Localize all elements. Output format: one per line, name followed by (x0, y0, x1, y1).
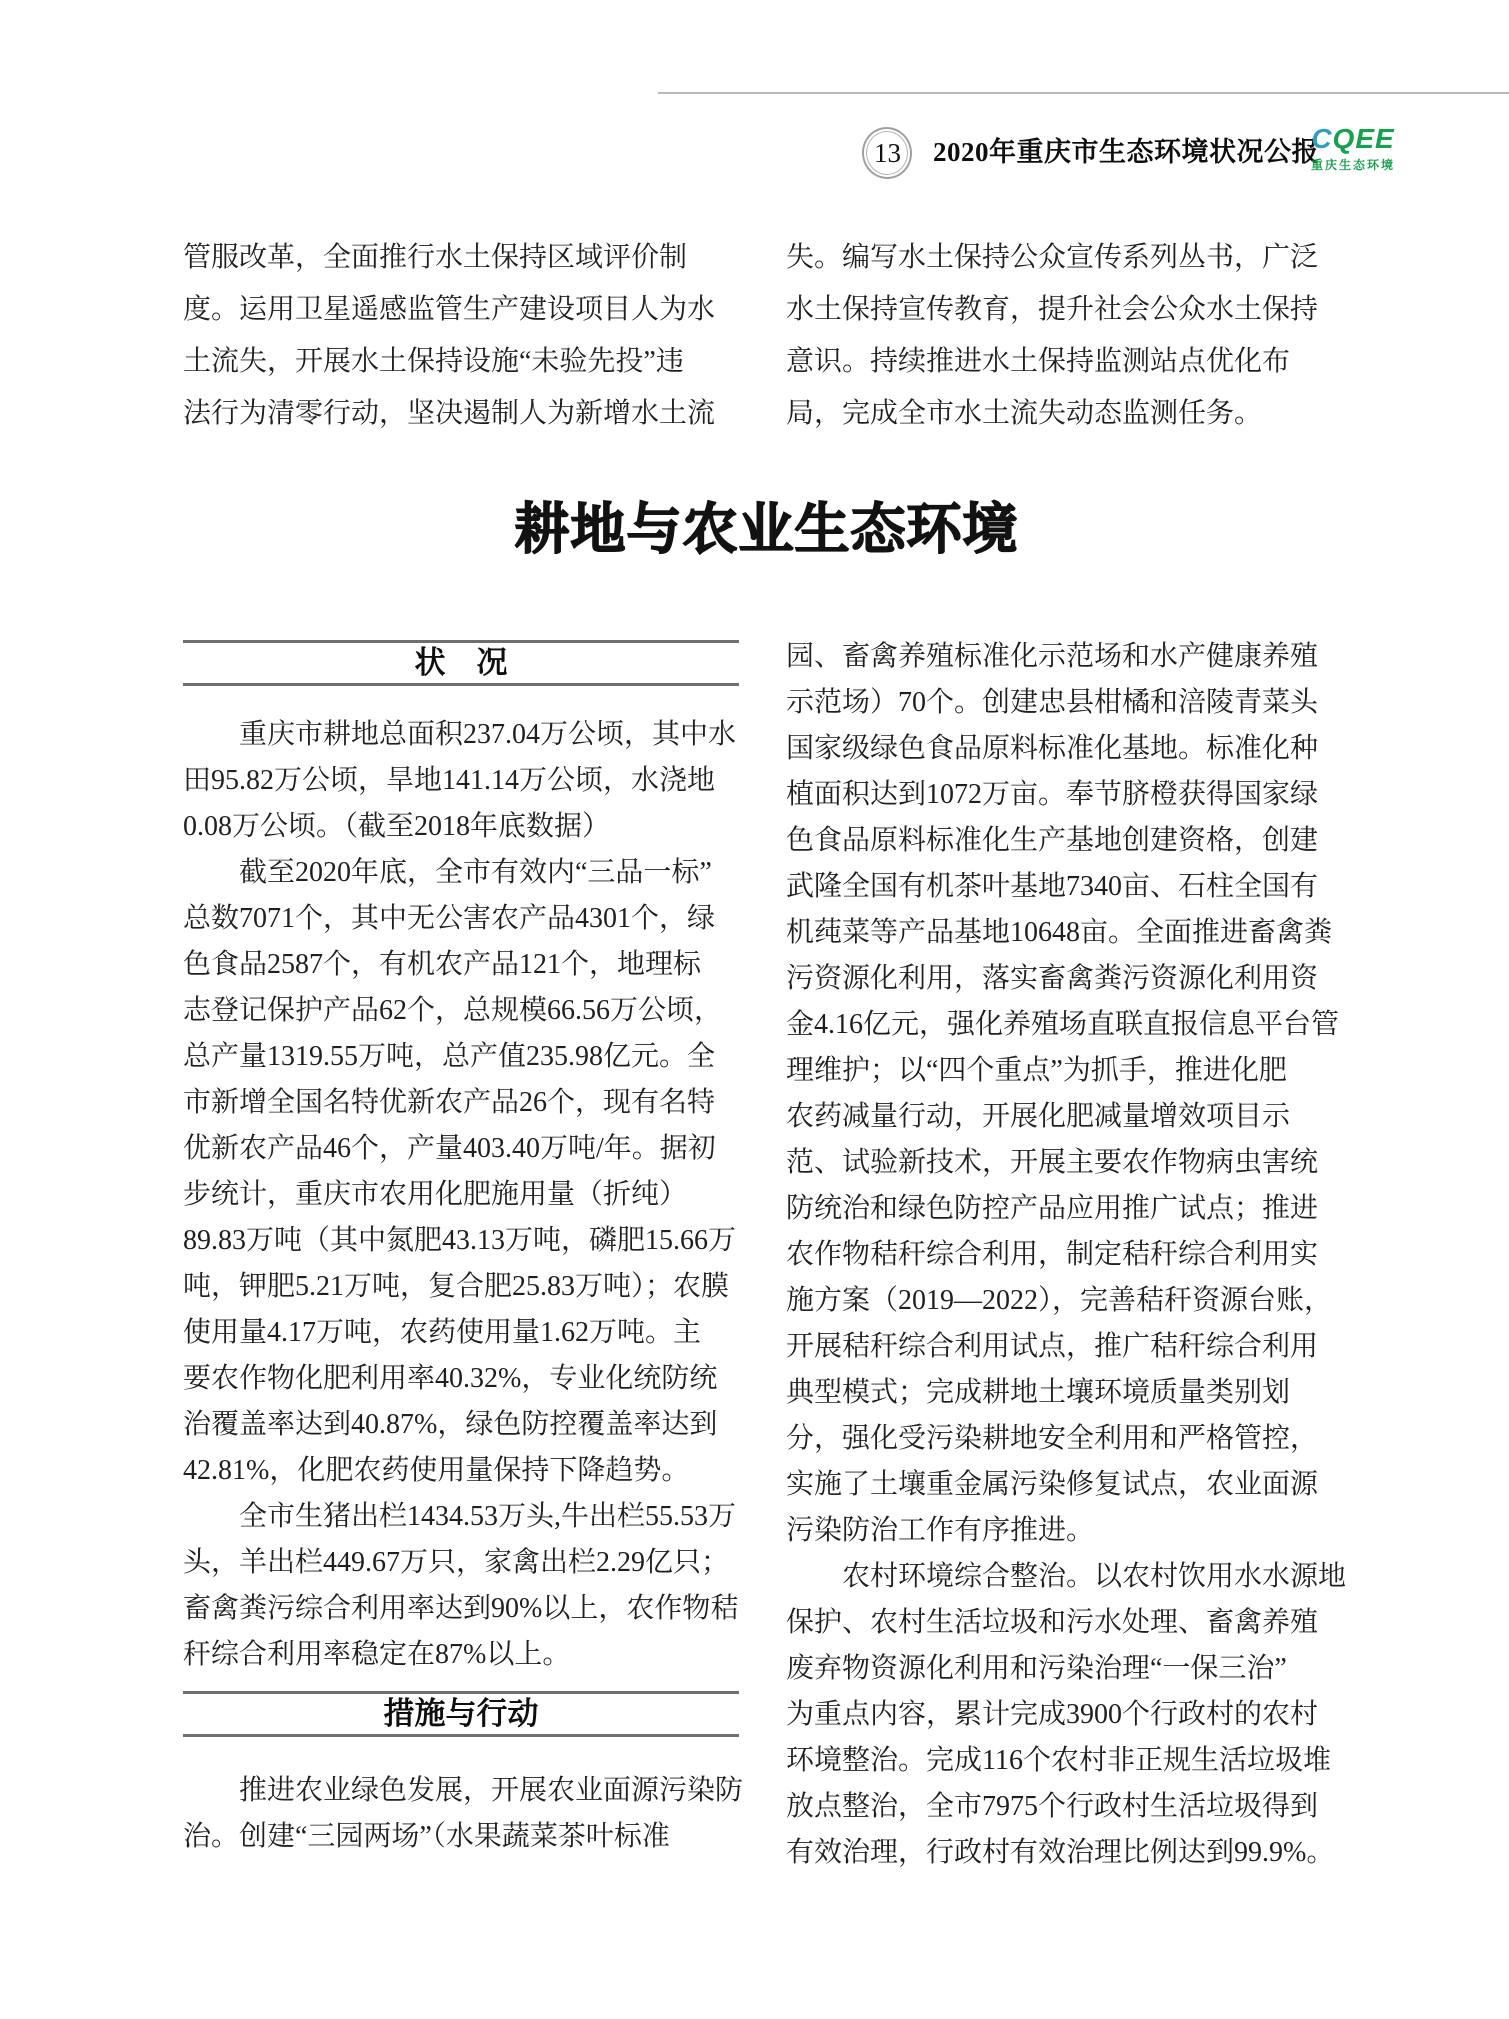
text-line: 0.08万公顷。（截至2018年底数据） (183, 804, 749, 850)
text-line: 农村环境综合整治。以农村饮用水水源地 (786, 1554, 1362, 1600)
text-line: 为重点内容，累计完成3900个行政村的农村 (786, 1692, 1362, 1738)
text-line: 畜禽粪污综合利用率达到90%以上，农作物秸 (183, 1586, 749, 1632)
text-line: 步统计，重庆市农用化肥施用量（折纯） (183, 1172, 749, 1218)
status-paragraphs: 重庆市耕地总面积237.04万公顷，其中水田95.82万公顷，旱地141.14万… (183, 712, 749, 1678)
text-line: 要农作物化肥利用率40.32%，专业化统防统 (183, 1356, 749, 1402)
text-line: 范、试验新技术，开展主要农作物病虫害统 (786, 1140, 1362, 1186)
right-column-paragraphs: 园、畜禽养殖标准化示范场和水产健康养殖示范场）70个。创建忠县柑橘和涪陵青菜头国… (786, 634, 1362, 1876)
text-line: 田95.82万公顷，旱地141.14万公顷，水浇地 (183, 758, 749, 804)
text-line: 环境整治。完成116个农村非正规生活垃圾堆 (786, 1738, 1362, 1784)
page-number: 13 (874, 138, 901, 169)
text-line: 保护、农村生活垃圾和污水处理、畜禽养殖 (786, 1600, 1362, 1646)
text-line: 使用量4.17万吨，农药使用量1.62万吨。主 (183, 1310, 749, 1356)
text-line: 防统治和绿色防控产品应用推广试点；推进 (786, 1186, 1362, 1232)
text-line: 国家级绿色食品原料标准化基地。标准化种 (786, 726, 1362, 772)
cqee-logo-text: CQEE (1303, 124, 1403, 154)
logo-subtitle: 重庆生态环境 (1303, 156, 1403, 173)
intro-left-column: 管服改革，全面推行水土保持区域评价制度。运用卫星遥感监管生产建设项目人为水土流失… (183, 232, 743, 440)
text-line: 农药减量行动，开展化肥减量增效项目示 (786, 1094, 1362, 1140)
text-line: 全市生猪出栏1434.53万头,牛出栏55.53万 (183, 1494, 749, 1540)
text-line: 施方案（2019—2022），完善秸秆资源台账， (786, 1278, 1362, 1324)
text-line: 总数7071个，其中无公害农产品4301个，绿 (183, 896, 749, 942)
text-line: 土流失，开展水土保持设施“未验先投”违 (183, 336, 743, 388)
text-line: 秆综合利用率稳定在87%以上。 (183, 1632, 749, 1678)
text-line: 水土保持宣传教育，提升社会公众水土保持 (786, 284, 1356, 336)
text-line: 污资源化利用，落实畜禽粪污资源化利用资 (786, 956, 1362, 1002)
page-number-badge: 13 (859, 124, 916, 182)
page-number-ring: 13 (865, 130, 910, 177)
measures-paragraphs: 推进农业绿色发展，开展农业面源污染防治。创建“三园两场”（水果蔬菜茶叶标准 (183, 1768, 749, 1860)
text-line: 示范场）70个。创建忠县柑橘和涪陵青菜头 (786, 680, 1362, 726)
text-line: 治。创建“三园两场”（水果蔬菜茶叶标准 (183, 1814, 749, 1860)
text-line: 吨，钾肥5.21万吨，复合肥25.83万吨）；农膜 (183, 1264, 749, 1310)
logo-letter-c: C (1311, 123, 1332, 154)
text-line: 机莼菜等产品基地10648亩。全面推进畜禽粪 (786, 910, 1362, 956)
text-line: 治覆盖率达到40.87%，绿色防控覆盖率达到 (183, 1402, 749, 1448)
measures-subheading: 措施与行动 (183, 1691, 739, 1737)
text-line: 总产量1319.55万吨，总产值235.98亿元。全 (183, 1034, 749, 1080)
text-line: 法行为清零行动，坚决遏制人为新增水土流 (183, 388, 743, 440)
text-line: 重庆市耕地总面积237.04万公顷，其中水 (183, 712, 749, 758)
text-line: 理维护；以“四个重点”为抓手，推进化肥 (786, 1048, 1362, 1094)
text-line: 优新农产品46个，产量403.40万吨/年。据初 (183, 1126, 749, 1172)
text-line: 有效治理，行政村有效治理比例达到99.9%。 (786, 1830, 1362, 1876)
logo-letters-qee: QEE (1333, 123, 1395, 154)
text-line: 89.83万吨（其中氮肥43.13万吨，磷肥15.66万 (183, 1218, 749, 1264)
report-page: 13 2020年重庆市生态环境状况公报 CQEE 重庆生态环境 管服改革，全面推… (0, 0, 1509, 2019)
text-line: 开展秸秆综合利用试点，推广秸秆综合利用 (786, 1324, 1362, 1370)
text-line: 截至2020年底，全市有效内“三品一标” (183, 850, 749, 896)
text-line: 园、畜禽养殖标准化示范场和水产健康养殖 (786, 634, 1362, 680)
text-line: 意识。持续推进水土保持监测站点优化布 (786, 336, 1356, 388)
section-title: 耕地与农业生态环境 (183, 498, 1350, 560)
text-line: 色食品2587个，有机农产品121个，地理标 (183, 942, 749, 988)
text-line: 色食品原料标准化生产基地创建资格，创建 (786, 818, 1362, 864)
text-line: 局，完成全市水土流失动态监测任务。 (786, 388, 1356, 440)
cqee-logo: CQEE 重庆生态环境 (1303, 124, 1403, 173)
header-title: 2020年重庆市生态环境状况公报 (933, 134, 1319, 170)
text-line: 推进农业绿色发展，开展农业面源污染防 (183, 1768, 749, 1814)
text-line: 市新增全国名特优新农产品26个，现有名特 (183, 1080, 749, 1126)
text-line: 志登记保护产品62个，总规模66.56万公顷， (183, 988, 749, 1034)
text-line: 武隆全国有机茶叶基地7340亩、石柱全国有 (786, 864, 1362, 910)
text-line: 金4.16亿元，强化养殖场直联直报信息平台管 (786, 1002, 1362, 1048)
text-line: 废弃物资源化利用和污染治理“一保三治” (786, 1646, 1362, 1692)
text-line: 农作物秸秆综合利用，制定秸秆综合利用实 (786, 1232, 1362, 1278)
text-line: 失。编写水土保持公众宣传系列丛书，广泛 (786, 232, 1356, 284)
text-line: 管服改革，全面推行水土保持区域评价制 (183, 232, 743, 284)
header-rule (658, 92, 1509, 94)
text-line: 度。运用卫星遥感监管生产建设项目人为水 (183, 284, 743, 336)
text-line: 实施了土壤重金属污染修复试点，农业面源 (786, 1462, 1362, 1508)
text-line: 污染防治工作有序推进。 (786, 1508, 1362, 1554)
text-line: 植面积达到1072万亩。奉节脐橙获得国家绿 (786, 772, 1362, 818)
text-line: 42.81%，化肥农药使用量保持下降趋势。 (183, 1448, 749, 1494)
text-line: 分，强化受污染耕地安全利用和严格管控， (786, 1416, 1362, 1462)
text-line: 头，羊出栏449.67万只，家禽出栏2.29亿只； (183, 1540, 749, 1586)
status-subheading: 状 况 (183, 640, 739, 686)
text-line: 放点整治，全市7975个行政村生活垃圾得到 (786, 1784, 1362, 1830)
text-line: 典型模式；完成耕地土壤环境质量类别划 (786, 1370, 1362, 1416)
intro-right-column: 失。编写水土保持公众宣传系列丛书，广泛水土保持宣传教育，提升社会公众水土保持意识… (786, 232, 1356, 440)
